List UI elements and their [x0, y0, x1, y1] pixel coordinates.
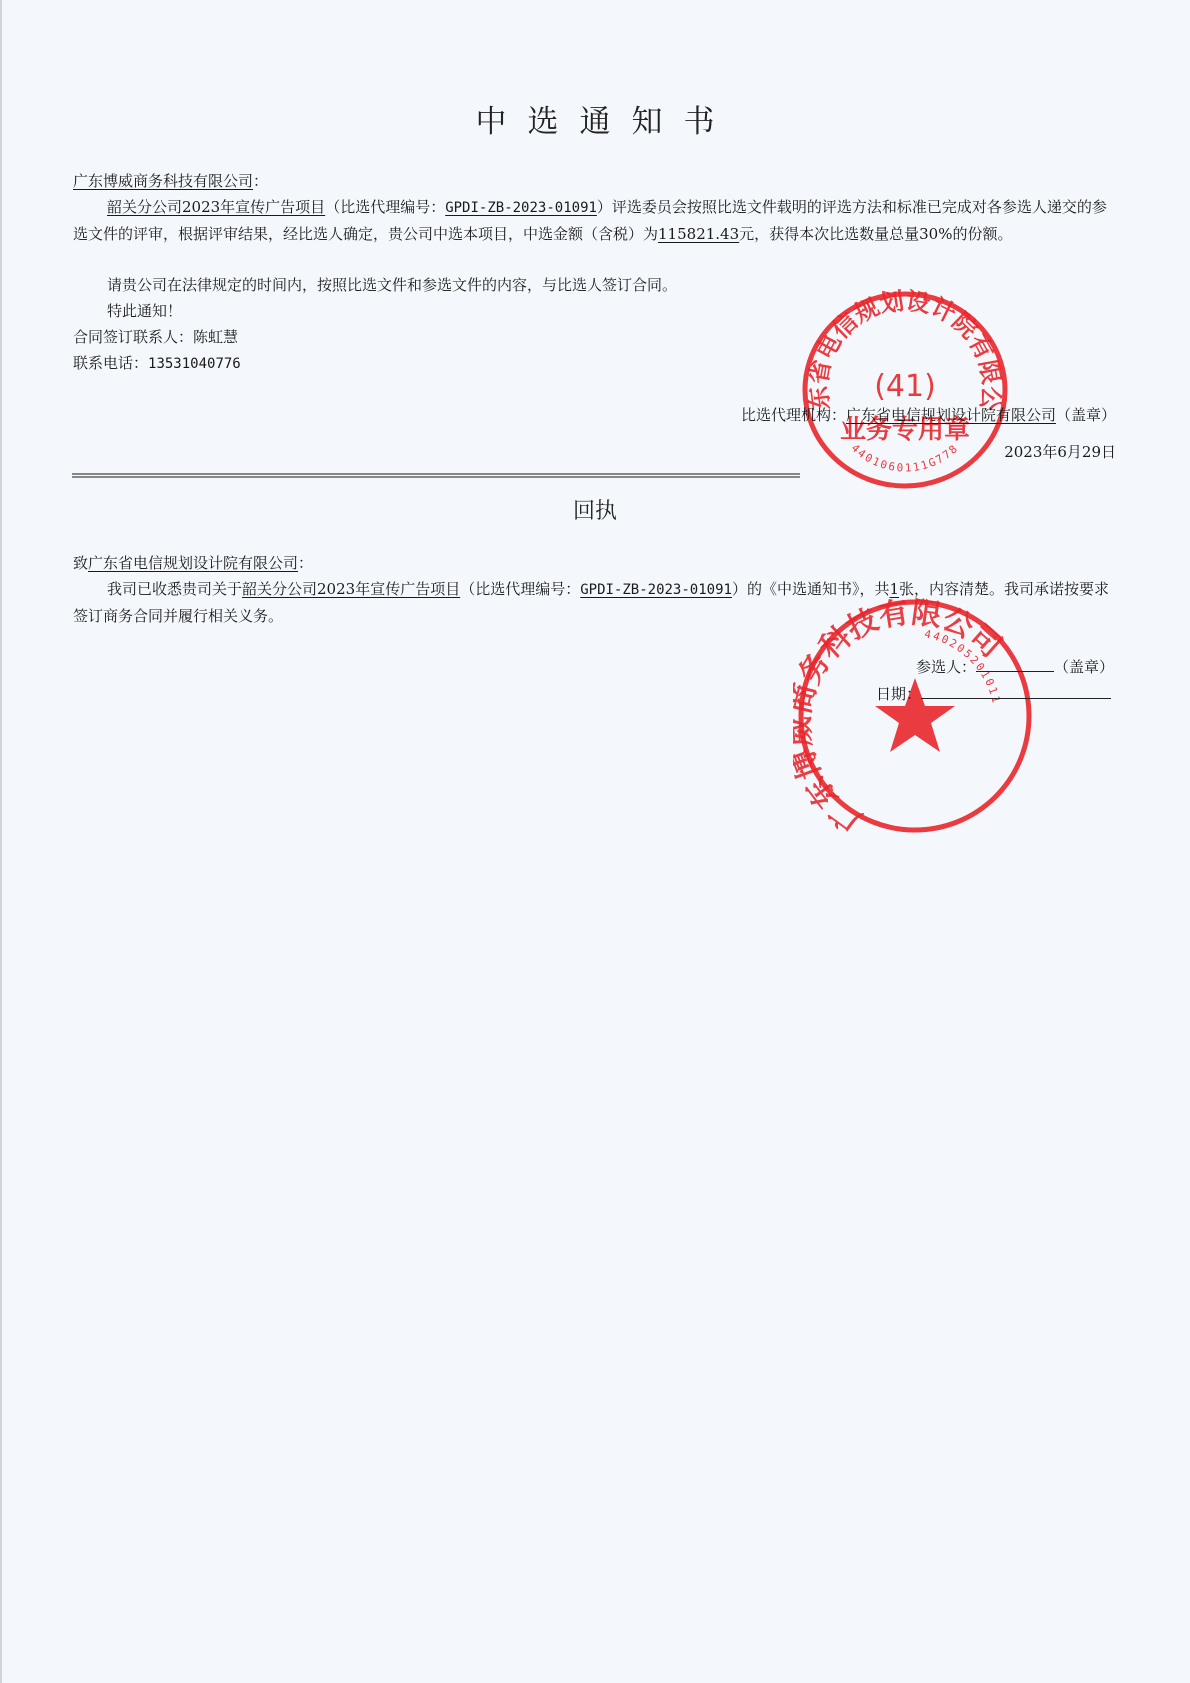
contact-person-line: 合同签订联系人：陈虹慧 [73, 324, 1118, 350]
page-title: 中选通知书 [0, 96, 1190, 141]
project-code: GPDI-ZB-2023-01091 [445, 200, 597, 216]
receipt-date-line: 日期： [876, 681, 1116, 707]
receipt-addressee-line: 致广东省电信规划设计院有限公司： [73, 550, 1118, 576]
participant-line: 参选人：（盖章） [916, 654, 1114, 680]
receipt-project-code: GPDI-ZB-2023-01091 [580, 582, 732, 598]
receipt-title: 回执 [0, 494, 1190, 525]
contact-phone: 13531040776 [148, 356, 241, 372]
svg-text:4401060111G778: 4401060111G778 [849, 441, 962, 474]
contact-phone-line: 联系电话：13531040776 [73, 350, 1118, 377]
award-amount: 115821.43 [658, 225, 739, 243]
addressee-company: 广东博威商务科技有限公司 [73, 172, 253, 190]
notice-paragraph-3: 特此通知！ [73, 298, 1118, 324]
notice-date: 2023年6月29日 [1004, 439, 1116, 465]
project-name: 韶关分公司2023年宣传广告项目 [107, 198, 325, 216]
participant-signature-blank[interactable] [976, 655, 1054, 672]
svg-text:广东博威商务科技有限公司: 广东博威商务科技有限公司 [793, 596, 1008, 836]
agency-name: 广东省电信规划设计院有限公司 [846, 406, 1056, 424]
receipt-date-blank[interactable] [921, 682, 1111, 699]
section-divider [72, 473, 800, 478]
receipt-page-count: 1 [889, 580, 899, 598]
addressee-line: 广东博威商务科技有限公司： [73, 168, 1118, 194]
page-edge [0, 0, 2, 1683]
receipt-addressee-company: 广东省电信规划设计院有限公司 [88, 554, 298, 572]
receipt-paragraph: 我司已收悉贵司关于韶关分公司2023年宣传广告项目（比选代理编号：GPDI-ZB… [73, 576, 1118, 629]
notice-paragraph-1: 韶关分公司2023年宣传广告项目（比选代理编号：GPDI-ZB-2023-010… [73, 194, 1118, 247]
receipt-project-name: 韶关分公司2023年宣传广告项目 [242, 580, 460, 598]
agency-line: 比选代理机构：广东省电信规划设计院有限公司（盖章） [741, 402, 1116, 428]
company-seal-icon: 广东博威商务科技有限公司 440205201011 [793, 596, 1037, 836]
notice-paragraph-2: 请贵公司在法律规定的时间内，按照比选文件和参选文件的内容，与比选人签订合同。 [73, 272, 1118, 298]
contact-person: 陈虹慧 [193, 328, 238, 346]
